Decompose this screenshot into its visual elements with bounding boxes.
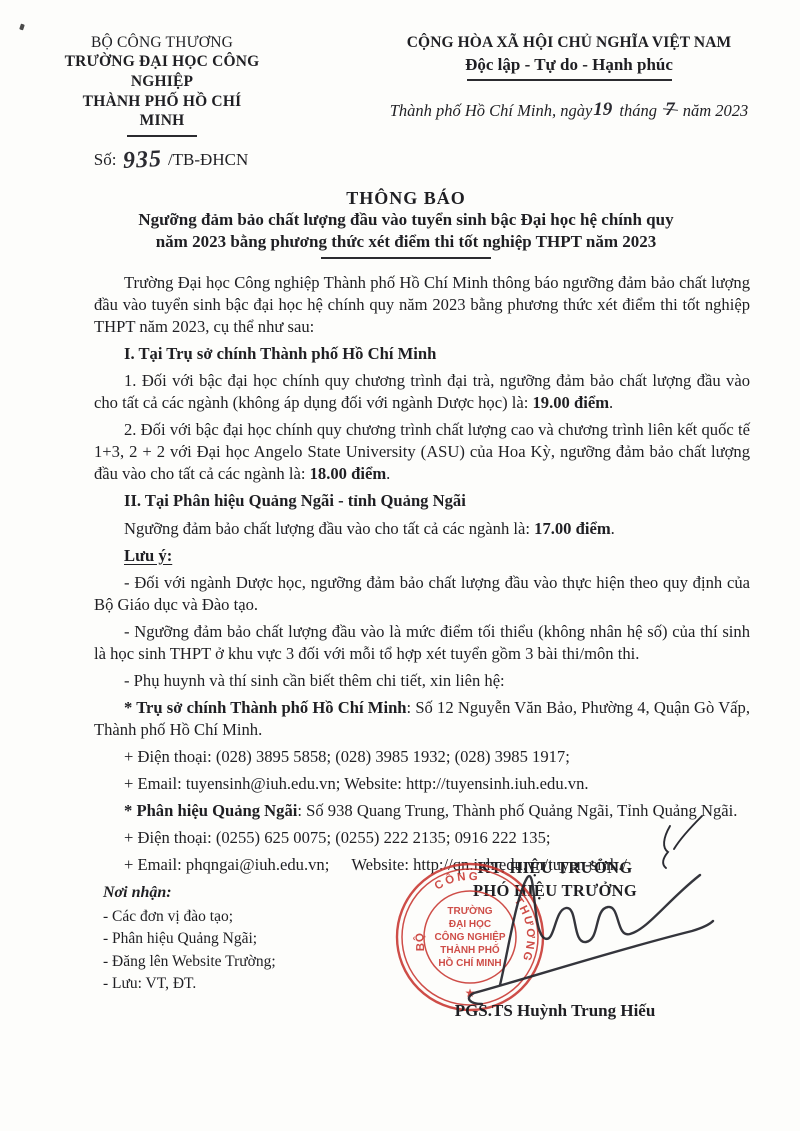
document-title-line2: năm 2023 bằng phương thức xét điểm thi t…	[62, 231, 750, 253]
ministry-name: BỘ CÔNG THƯƠNG	[62, 34, 262, 52]
document-kind: THÔNG BÁO	[62, 188, 750, 209]
date-suffix: năm 2023	[683, 101, 749, 120]
national-motto: Độc lập - Tự do - Hạnh phúc	[388, 55, 750, 75]
section-1-item-2: 2. Đối với bậc đại học chính quy chương …	[94, 419, 750, 485]
note-pharmacy: - Đối với ngành Dược học, ngưỡng đảm bảo…	[94, 572, 750, 616]
document-title-line1: Ngưỡng đảm bảo chất lượng đầu vào tuyển …	[62, 209, 750, 231]
title-underline	[321, 257, 491, 259]
document-header: BỘ CÔNG THƯƠNG TRƯỜNG ĐẠI HỌC CÔNG NGHIỆ…	[62, 34, 750, 170]
recipient-item: - Phân hiệu Quảng Ngãi;	[103, 928, 276, 950]
notes-label: Lưu ý:	[124, 546, 172, 565]
svg-text:BỘ: BỘ	[412, 930, 427, 951]
signature-ink	[452, 852, 727, 1020]
branch-email: + Email: phqngai@iuh.edu.vn;	[124, 855, 329, 874]
intro-paragraph: Trường Đại học Công nghiệp Thành phố Hồ …	[94, 272, 750, 338]
signature-loops	[500, 875, 700, 985]
document-body: Trường Đại học Công nghiệp Thành phố Hồ …	[94, 272, 750, 877]
recipients-label: Nơi nhận:	[103, 884, 276, 902]
hq-address-line: * Trụ sở chính Thành phố Hồ Chí Minh: Số…	[94, 697, 750, 741]
document-title-block: THÔNG BÁO Ngưỡng đảm bảo chất lượng đầu …	[62, 188, 750, 259]
doc-number-suffix: /TB-ĐHCN	[168, 150, 248, 169]
date-day-handwritten: 19	[593, 99, 612, 121]
doc-number-label: Số:	[94, 150, 117, 169]
item-1-text: 1. Đối với bậc đại học chính quy chương …	[94, 371, 750, 412]
issue-date-line: Thành phố Hồ Chí Minh, ngày19 tháng 7 nă…	[388, 100, 750, 122]
note-contact-intro: - Phụ huynh và thí sinh cần biết thêm ch…	[94, 670, 750, 692]
seal-arc-left-text: BỘ	[412, 930, 427, 951]
hq-name: * Trụ sở chính Thành phố Hồ Chí Minh	[124, 698, 407, 717]
document-number-line: Số: 935 /TB-ĐHCN	[80, 150, 262, 170]
issuer-underline	[127, 135, 197, 137]
issuer-block: BỘ CÔNG THƯƠNG TRƯỜNG ĐẠI HỌC CÔNG NGHIỆ…	[62, 34, 262, 170]
date-mid: tháng	[619, 101, 657, 120]
section-2-score: 17.00 điểm	[534, 519, 611, 538]
section-2-end: .	[611, 519, 615, 538]
university-name-line2: THÀNH PHỐ HỒ CHÍ MINH	[62, 92, 262, 132]
handwritten-initial-mark	[650, 810, 710, 874]
national-heading-block: CỘNG HÒA XÃ HỘI CHỦ NGHĨA VIỆT NAM Độc l…	[388, 34, 750, 122]
item-1-end: .	[609, 393, 613, 412]
university-name-line1: TRƯỜNG ĐẠI HỌC CÔNG NGHIỆP	[62, 52, 262, 92]
doc-number-handwritten: 935	[123, 159, 162, 161]
scanned-document-page: BỘ CÔNG THƯƠNG TRƯỜNG ĐẠI HỌC CÔNG NGHIỆ…	[0, 0, 800, 1131]
date-month-handwritten: 7	[665, 99, 675, 121]
document-content: BỘ CÔNG THƯƠNG TRƯỜNG ĐẠI HỌC CÔNG NGHIỆ…	[0, 0, 800, 876]
note-threshold-definition: - Ngưỡng đảm bảo chất lượng đầu vào là m…	[94, 621, 750, 665]
item-1-score: 19.00 điểm	[533, 393, 610, 412]
section-1-heading: I. Tại Trụ sở chính Thành phố Hồ Chí Min…	[94, 343, 750, 365]
national-title: CỘNG HÒA XÃ HỘI CHỦ NGHĨA VIỆT NAM	[388, 34, 750, 52]
item-2-end: .	[386, 464, 390, 483]
recipient-item: - Lưu: VT, ĐT.	[103, 973, 276, 995]
recipient-item: - Các đơn vị đào tạo;	[103, 906, 276, 928]
section-1-item-1: 1. Đối với bậc đại học chính quy chương …	[94, 370, 750, 414]
signer-name: PGS.TS Huỳnh Trung Hiếu	[395, 1001, 715, 1021]
notes-heading: Lưu ý:	[94, 545, 750, 567]
branch-name: * Phân hiệu Quảng Ngãi	[124, 801, 297, 820]
hq-phone-line: + Điện thoại: (028) 3895 5858; (028) 398…	[94, 746, 750, 768]
section-2-body: Ngưỡng đảm bảo chất lượng đầu vào cho tấ…	[124, 519, 534, 538]
recipients-block: Nơi nhận: - Các đơn vị đào tạo; - Phân h…	[103, 884, 276, 996]
motto-underline	[467, 79, 672, 81]
hq-email-line: + Email: tuyensinh@iuh.edu.vn; Website: …	[94, 773, 750, 795]
section-2-heading: II. Tại Phân hiệu Quảng Ngãi - tỉnh Quản…	[94, 490, 750, 512]
date-prefix: Thành phố Hồ Chí Minh, ngày	[390, 101, 593, 120]
item-2-text: 2. Đối với bậc đại học chính quy chương …	[94, 420, 750, 483]
section-2-text: Ngưỡng đảm bảo chất lượng đầu vào cho tấ…	[94, 518, 750, 540]
recipient-item: - Đăng lên Website Trường;	[103, 951, 276, 973]
item-2-score: 18.00 điểm	[310, 464, 387, 483]
